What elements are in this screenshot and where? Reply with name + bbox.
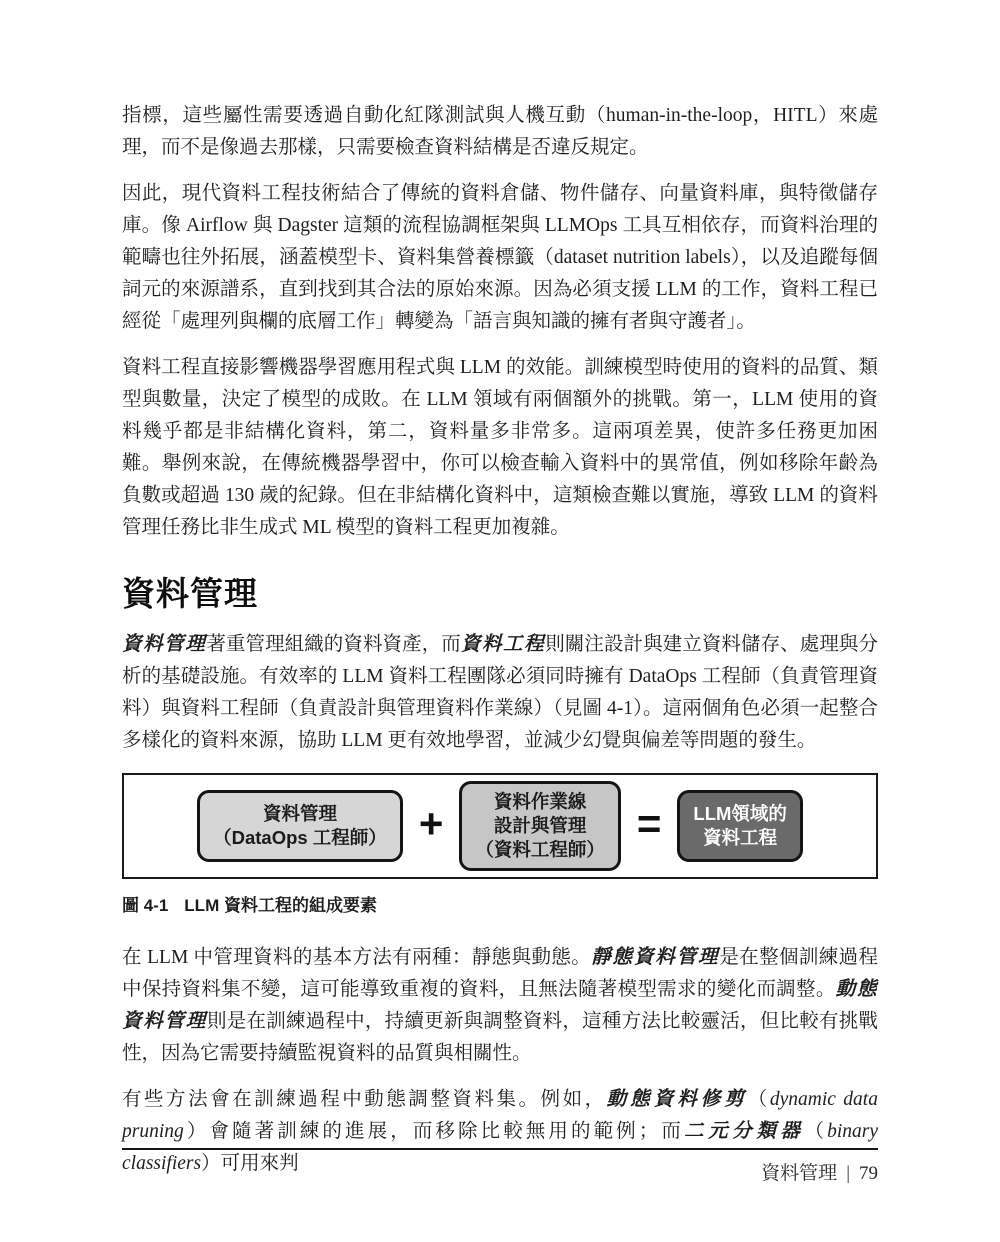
figure-box-line: （資料工程師） bbox=[475, 838, 605, 862]
paragraph-static-dynamic: 在 LLM 中管理資料的基本方法有兩種：靜態與動態。靜態資料管理是在整個訓練過程… bbox=[122, 942, 878, 1070]
figure-box-line: 設計與管理 bbox=[475, 814, 605, 838]
figure-box-line: 資料工程 bbox=[693, 826, 787, 850]
page-content: 指標，這些屬性需要透過自動化紅隊測試與人機互動（human-in-the-loo… bbox=[122, 0, 878, 1194]
figure-box-pipeline-design: 資料作業線 設計與管理 （資料工程師） bbox=[459, 781, 621, 871]
paragraph-hitl: 指標，這些屬性需要透過自動化紅隊測試與人機互動（human-in-the-loo… bbox=[122, 100, 878, 164]
figure-box-line: LLM領域的 bbox=[693, 802, 787, 826]
footer-page-number: 79 bbox=[859, 1163, 878, 1184]
footer-separator: | bbox=[846, 1163, 850, 1184]
book-page: 指標，這些屬性需要透過自動化紅隊測試與人機互動（human-in-the-loo… bbox=[0, 0, 1000, 1242]
footer-rule bbox=[122, 1148, 878, 1150]
figure-caption-label: 圖 4-1 bbox=[122, 896, 168, 915]
figure-box-llm-data-engineering: LLM領域的 資料工程 bbox=[677, 790, 803, 862]
footer-text: 資料管理|79 bbox=[122, 1158, 878, 1185]
figure-box-line: （DataOps 工程師） bbox=[213, 826, 387, 850]
paragraph-dataops-roles: 資料管理著重管理組織的資料資產，而資料工程則關注設計與建立資料儲存、處理與分析的… bbox=[122, 629, 878, 757]
paragraph-modern-data-engineering: 因此，現代資料工程技術結合了傳統的資料倉儲、物件儲存、向量資料庫，與特徵儲存庫。… bbox=[122, 178, 878, 338]
page-footer: 資料管理|79 bbox=[122, 1148, 878, 1185]
figure-caption: 圖 4-1LLM 資料工程的組成要素 bbox=[122, 891, 878, 916]
figure-box-line: 資料管理 bbox=[213, 802, 387, 826]
plus-operator: + bbox=[419, 803, 444, 849]
section-heading-data-management: 資料管理 bbox=[122, 568, 878, 615]
figure-box-data-management: 資料管理 （DataOps 工程師） bbox=[197, 790, 403, 862]
paragraph-llm-challenges: 資料工程直接影響機器學習應用程式與 LLM 的效能。訓練模型時使用的資料的品質、… bbox=[122, 352, 878, 544]
equals-operator: = bbox=[637, 803, 662, 849]
figure-caption-text: LLM 資料工程的組成要素 bbox=[184, 896, 377, 915]
figure-4-1-diagram: 資料管理 （DataOps 工程師） + 資料作業線 設計與管理 （資料工程師）… bbox=[122, 773, 878, 879]
footer-section-title: 資料管理 bbox=[761, 1163, 837, 1184]
figure-box-line: 資料作業線 bbox=[475, 790, 605, 814]
